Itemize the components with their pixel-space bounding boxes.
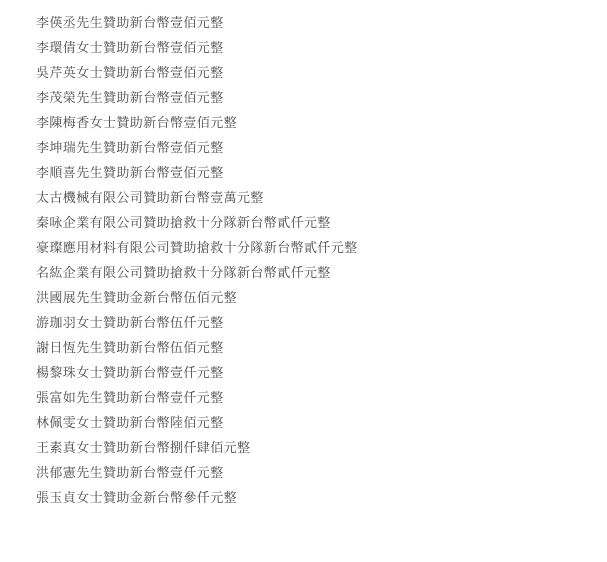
donation-line: 張富如先生贊助新台幣壹仟元整 <box>36 385 607 410</box>
donation-line: 李茂榮先生贊助新台幣壹佰元整 <box>36 85 607 110</box>
donation-line: 名紘企業有限公司贊助搶救十分隊新台幣貳仟元整 <box>36 260 607 285</box>
donation-line: 太古機械有限公司贊助新台幣壹萬元整 <box>36 185 607 210</box>
donation-line: 李偀丞先生贊助新台幣壹佰元整 <box>36 10 607 35</box>
donation-line: 秦咏企業有限公司贊助搶救十分隊新台幣貳仟元整 <box>36 210 607 235</box>
donation-list: 李偀丞先生贊助新台幣壹佰元整 李環倩女士贊助新台幣壹佰元整 吳芹英女士贊助新台幣… <box>0 0 607 510</box>
donation-line: 豪璨應用材料有限公司贊助搶救十分隊新台幣貳仟元整 <box>36 235 607 260</box>
donation-line: 王素真女士贊助新台幣捌仟肆佰元整 <box>36 435 607 460</box>
donation-line: 楊黎珠女士贊助新台幣壹仟元整 <box>36 360 607 385</box>
donation-line: 吳芹英女士贊助新台幣壹佰元整 <box>36 60 607 85</box>
donation-line: 李環倩女士贊助新台幣壹佰元整 <box>36 35 607 60</box>
donation-line: 洪郁憲先生贊助新台幣壹仟元整 <box>36 460 607 485</box>
donation-line: 李坤瑞先生贊助新台幣壹佰元整 <box>36 135 607 160</box>
donation-line: 李陳梅香女士贊助新台幣壹佰元整 <box>36 110 607 135</box>
donation-line: 張玉貞女士贊助金新台幣參仟元整 <box>36 485 607 510</box>
donation-line: 洪國展先生贊助金新台幣伍佰元整 <box>36 285 607 310</box>
donation-line: 謝日恆先生贊助新台幣伍佰元整 <box>36 335 607 360</box>
donation-line: 李順喜先生贊助新台幣壹佰元整 <box>36 160 607 185</box>
donation-line: 林佩雯女士贊助新台幣陸佰元整 <box>36 410 607 435</box>
donation-line: 游珈羽女士贊助新台幣伍仟元整 <box>36 310 607 335</box>
